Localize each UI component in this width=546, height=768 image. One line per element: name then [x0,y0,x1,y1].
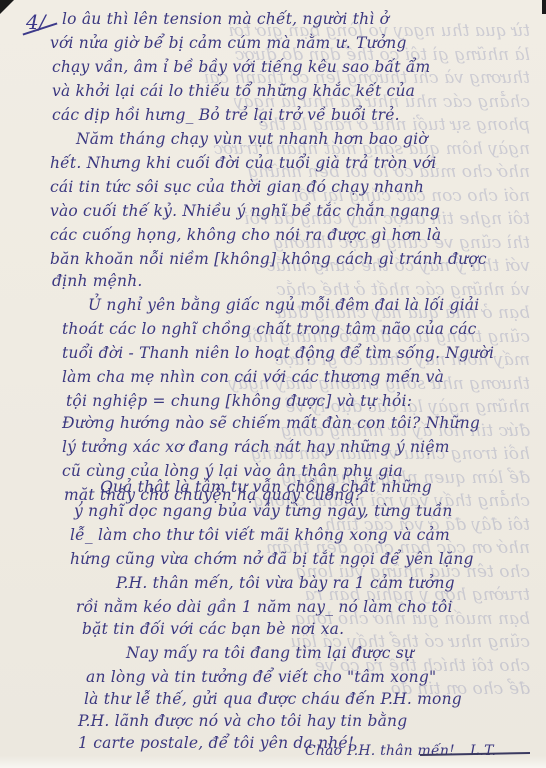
letter-line: thoát các lo nghĩ chồng chất trong tâm n… [62,320,477,338]
letter-line: cái tin tức sôi sục của thời gian đó chạ… [50,178,424,196]
letter-line: Năm tháng chạy vùn vụt nhanh hơn bao giờ [76,130,428,148]
letter-line: vào cuối thế kỷ. Nhiều ý nghĩ bề tắc chắ… [50,202,440,220]
letter-page: từ qua thu ngay vo lòng bạn giờ tới là n… [0,0,546,768]
letter-line: tội nghiệp = chung [không được] và tự hỏ… [66,392,412,410]
letter-line: làm cha mẹ nhìn con cái với các thương m… [62,368,444,386]
letter-line: bặt tin đối với các bạn bè nơi xa. [82,620,344,638]
letter-line: an lòng và tin tưởng để viết cho "tâm xo… [86,668,436,686]
paper-bottom-edge [0,756,546,768]
letter-line: lý tưởng xác xơ đang rách nát hay những … [62,438,450,456]
letter-line: ý nghĩ dọc ngang bủa vây từng ngày, từng… [74,502,453,520]
letter-line: băn khoăn nỗi niềm [không] không cách gì… [50,250,487,268]
letter-line: Ủ nghỉ yên bằng giấc ngủ mỗi đêm đai là … [88,296,479,314]
letter-line: hứng cũng vừa chớm nở đã bị tắt ngọi để … [70,550,474,568]
letter-line: P.H. thân mến, tôi vừa bày ra 1 cảm tưởn… [116,574,455,592]
letter-line: và khởi lại cái lo thiếu tổ những khắc k… [52,82,415,100]
letter-line: các dịp hồi hưng_ Bỏ trẻ lại trở về buổi… [52,106,400,124]
letter-line: lễ_ làm cho thư tôi viết mãi không xong … [70,526,450,544]
letter-line: là thư lễ thế, gửi qua được cháu đến P.H… [84,690,462,708]
letter-line: các cuống họng, không cho nói ra được gì… [50,226,441,244]
letter-line: rồi nằm kéo dài gần 1 năm nay_ nó làm ch… [76,598,453,616]
letter-line: lo âu thì lên tension mà chết, người thì… [62,10,389,28]
letter-line: Đường hướng nào sẽ chiếm mất đàn con tôi… [62,414,480,432]
letter-line: hết. Nhưng khi cuối đời của tuổi già trả… [50,154,436,172]
letter-line: chạy vần, âm ỉ bề bầy với tiếng kêu sao … [52,58,430,76]
letter-line: tuổi đời - Thanh niên lo hoạt động để tì… [62,344,494,362]
letter-line: P.H. lãnh được nó và cho tôi hay tin bằn… [78,712,407,730]
letter-body: lo âu thì lên tension mà chết, người thì… [0,0,546,768]
letter-line: định mệnh. [52,272,143,290]
letter-line: Nay mấy ra tôi đang tìm lại được sự [126,644,414,662]
letter-line: Quả thật là tâm tư vẫn chồng chất những [100,478,432,496]
letter-line: với nửa giờ bể bị cảm cúm mà nằm ư. Tưởn… [50,34,407,52]
